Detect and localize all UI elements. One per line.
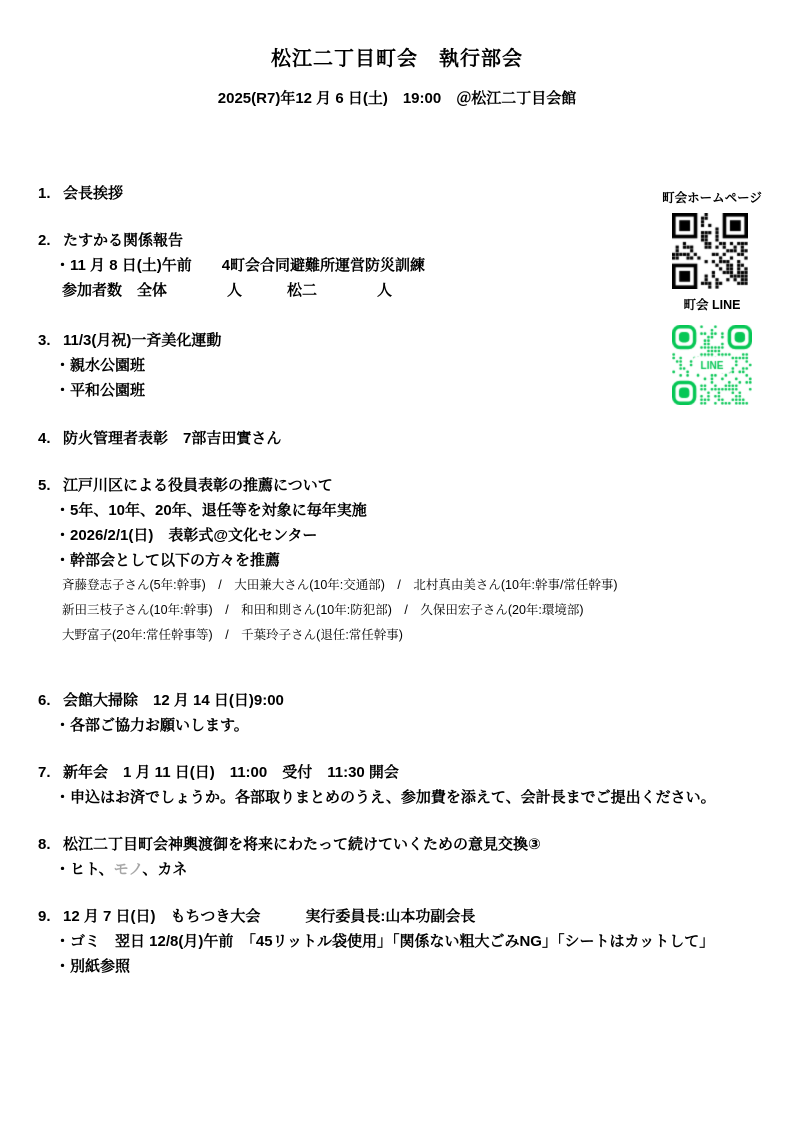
item-line: ・平和公園班 <box>38 378 758 403</box>
item-number: 1. <box>38 181 63 206</box>
item-line: ・別紙参照 <box>38 954 758 979</box>
item-title: 1.会長挨拶 <box>38 181 758 206</box>
agenda-item-5: 5.江戸川区による役員表彰の推薦について・5年、10年、20年、退任等を対象に毎… <box>38 473 758 648</box>
item-number: 2. <box>38 228 63 253</box>
agenda-item-7: 7.新年会 1 月 11 日(日) 11:00 受付 11:30 開会・申込はお… <box>38 760 758 810</box>
agenda-item-3: 3.11/3(月祝)一斉美化運動・親水公園班・平和公園班 <box>38 328 758 403</box>
item-line: ・幹部会として以下の方々を推薦 <box>38 548 758 573</box>
item-number: 7. <box>38 760 63 785</box>
item-number: 8. <box>38 832 63 857</box>
line-segment: モノ <box>114 861 143 878</box>
item-line: 斉藤登志子さん(5年:幹事) / 大田兼大さん(10年:交通部) / 北村真由美… <box>38 573 758 598</box>
agenda-item-4: 4.防火管理者表彰 7部吉田實さん <box>38 426 758 451</box>
line-qr-label: 町会 LINE <box>653 297 771 313</box>
line-segment: 、カネ <box>142 861 187 878</box>
item-number: 3. <box>38 328 63 353</box>
agenda-item-1: 1.会長挨拶 <box>38 181 758 206</box>
page-subtitle: 2025(R7)年12 月 6 日(土) 19:00 ＠松江二丁目会館 <box>0 88 794 110</box>
homepage-qr-code <box>672 213 748 289</box>
item-number: 5. <box>38 473 63 498</box>
item-line: ・5年、10年、20年、退任等を対象に毎年実施 <box>38 498 758 523</box>
item-line: ・ヒト、モノ、カネ <box>38 857 758 882</box>
item-title: 7.新年会 1 月 11 日(日) 11:00 受付 11:30 開会 <box>38 760 758 785</box>
item-title: 6.会館大掃除 12 月 14 日(日)9:00 <box>38 688 758 713</box>
item-number: 6. <box>38 688 63 713</box>
line-segment: ・ヒト、 <box>55 861 114 878</box>
item-title: 4.防火管理者表彰 7部吉田實さん <box>38 426 758 451</box>
item-title: 3.11/3(月祝)一斉美化運動 <box>38 328 758 353</box>
item-number: 4. <box>38 426 63 451</box>
item-line: ・11 月 8 日(土)午前 4町会合同避難所運営防災訓練 <box>38 253 758 278</box>
item-number: 9. <box>38 904 63 929</box>
item-line: ・親水公園班 <box>38 353 758 378</box>
document-page: 松江二丁目町会 執行部会 2025(R7)年12 月 6 日(土) 19:00 … <box>0 0 794 1123</box>
line-qr-code <box>672 325 752 405</box>
item-line: ・申込はお済でしょうか。各部取りまとめのうえ、参加費を添えて、会計長までご提出く… <box>38 785 758 810</box>
item-line: ・2026/2/1(日) 表彰式@文化センター <box>38 523 758 548</box>
item-line: ・各部ご協力お願いします。 <box>38 713 758 738</box>
item-line: 大野富子(20年:常任幹事等) / 千葉玲子さん(退任:常任幹事) <box>38 623 758 648</box>
item-title: 2.たすかる関係報告 <box>38 228 758 253</box>
agenda-item-8: 8.松江二丁目町会神輿渡御を将来にわたって続けていくための意見交換③・ヒト、モノ… <box>38 832 758 882</box>
item-title: 9.12 月 7 日(日) もちつき大会 実行委員長:山本功副会長 <box>38 904 758 929</box>
item-title: 8.松江二丁目町会神輿渡御を将来にわたって続けていくための意見交換③ <box>38 832 758 857</box>
item-line: 参加者数 全体 人 松二 人 <box>38 278 758 303</box>
agenda-list: 1.会長挨拶2.たすかる関係報告・11 月 8 日(土)午前 4町会合同避難所運… <box>38 181 758 1001</box>
item-line: ・ゴミ 翌日 12/8(月)午前 「45リットル袋使用」「関係ない粗大ごみNG」… <box>38 929 758 954</box>
page-title: 松江二丁目町会 執行部会 <box>0 0 794 74</box>
agenda-item-9: 9.12 月 7 日(日) もちつき大会 実行委員長:山本功副会長・ゴミ 翌日 … <box>38 904 758 979</box>
item-title: 5.江戸川区による役員表彰の推薦について <box>38 473 758 498</box>
item-line: 新田三枝子さん(10年:幹事) / 和田和則さん(10年:防犯部) / 久保田宏… <box>38 598 758 623</box>
agenda-item-6: 6.会館大掃除 12 月 14 日(日)9:00・各部ご協力お願いします。 <box>38 688 758 738</box>
agenda-item-2: 2.たすかる関係報告・11 月 8 日(土)午前 4町会合同避難所運営防災訓練参… <box>38 228 758 303</box>
homepage-qr-label: 町会ホームページ <box>653 190 771 206</box>
